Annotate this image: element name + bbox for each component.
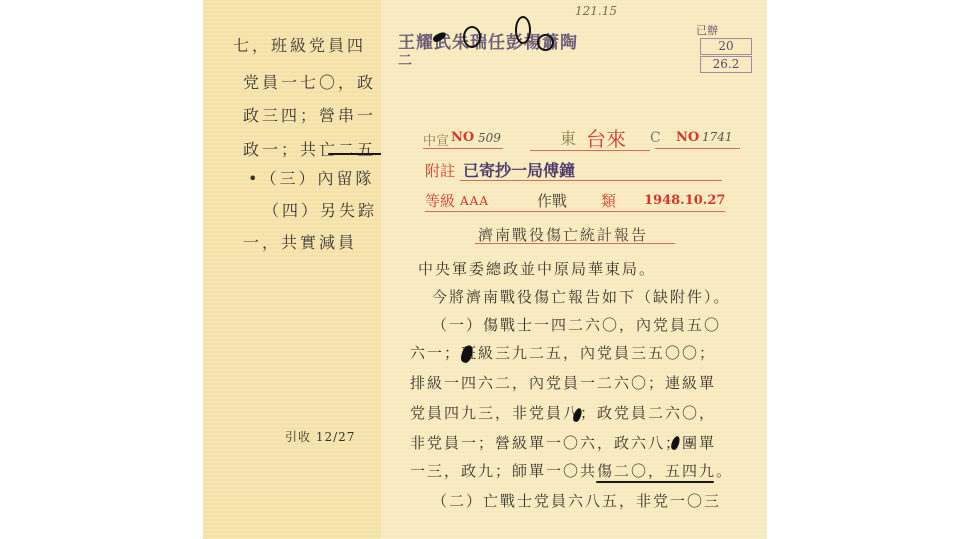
grade-value: AAA <box>460 194 489 208</box>
top-note: 121.15 <box>575 4 617 18</box>
body-line-8: 一三，政九；師單一〇共傷二〇，五四九。 <box>410 460 733 481</box>
c-label: C <box>650 130 661 146</box>
body-line-2: 今將濟南戰役傷亡報告如下（缺附件）。 <box>432 286 731 307</box>
stamp-cell-2: 26.2 <box>700 56 752 73</box>
form-rule <box>460 180 722 181</box>
left-page: 七，班級党員四 党員一七〇，政 政三四；營串一 政一；共亡二五 •（三）內留隊 … <box>203 0 381 539</box>
remark-label: 附註 <box>425 160 455 181</box>
body-line-6: 党員四九三，非党員八；政党員二六〇， <box>410 402 716 423</box>
no2-value: 1741 <box>702 130 733 144</box>
body-line-1: 中央軍委總政並中原局華東局。 <box>418 258 656 279</box>
form-rule <box>655 148 740 149</box>
stamp-label: 已辦 <box>696 22 752 38</box>
form-rule <box>423 148 503 149</box>
ink-circle <box>463 26 481 48</box>
left-line-6: （四）另失踪 <box>263 198 377 221</box>
form-rule <box>425 211 725 212</box>
left-line-1: 七，班級党員四 <box>233 33 366 56</box>
total-underline <box>596 481 714 483</box>
underline-mark <box>328 153 381 155</box>
grade-label: 等級 <box>425 190 455 211</box>
ink-circle <box>515 16 531 44</box>
source-prefix: 東 <box>560 126 576 149</box>
left-line-2: 党員一七〇，政 <box>243 70 376 93</box>
source: 台來 <box>586 123 626 152</box>
body-line-9: （二）亡戰士党員六八五，非党一〇三 <box>432 490 721 511</box>
body-line-7: 非党員一；營級單一〇六，政六八；團單 <box>410 432 716 453</box>
filing-stamp: 已辦 20 26.2 <box>700 22 752 74</box>
office-label: 中宣 <box>423 130 449 149</box>
header-subline: 二 <box>398 50 413 70</box>
subject: 濟南戰役傷亡統計報告 <box>478 224 648 245</box>
body-line-5: 排級一四六二，內党員一二六〇；連級單 <box>410 372 716 393</box>
stamp-cell-1: 20 <box>700 38 752 55</box>
body-line-4: 六一；班級三九二五，內党員三五〇〇； <box>410 342 716 363</box>
form-rule <box>475 243 675 244</box>
category-label: 類 <box>601 190 616 211</box>
no2-label: NO <box>676 130 699 145</box>
no-value: 509 <box>478 131 501 145</box>
form-rule <box>530 150 650 151</box>
received-note: 引收 12/27 <box>285 428 355 445</box>
no-label: NO <box>451 130 474 145</box>
remark-value: 已寄抄一局傅鐘 <box>463 158 575 181</box>
category-value: 作戰 <box>537 190 567 211</box>
left-line-3: 政三四；營串一 <box>243 103 376 126</box>
left-line-7: 一，共實減員 <box>243 230 357 253</box>
date: 1948.10.27 <box>644 193 725 208</box>
ink-circle <box>537 34 554 51</box>
body-line-3: （一）傷戰士一四二六〇，內党員五〇 <box>432 314 721 335</box>
left-line-4: 政一；共亡二五 <box>243 137 376 160</box>
left-line-5: •（三）內留隊 <box>248 166 374 189</box>
